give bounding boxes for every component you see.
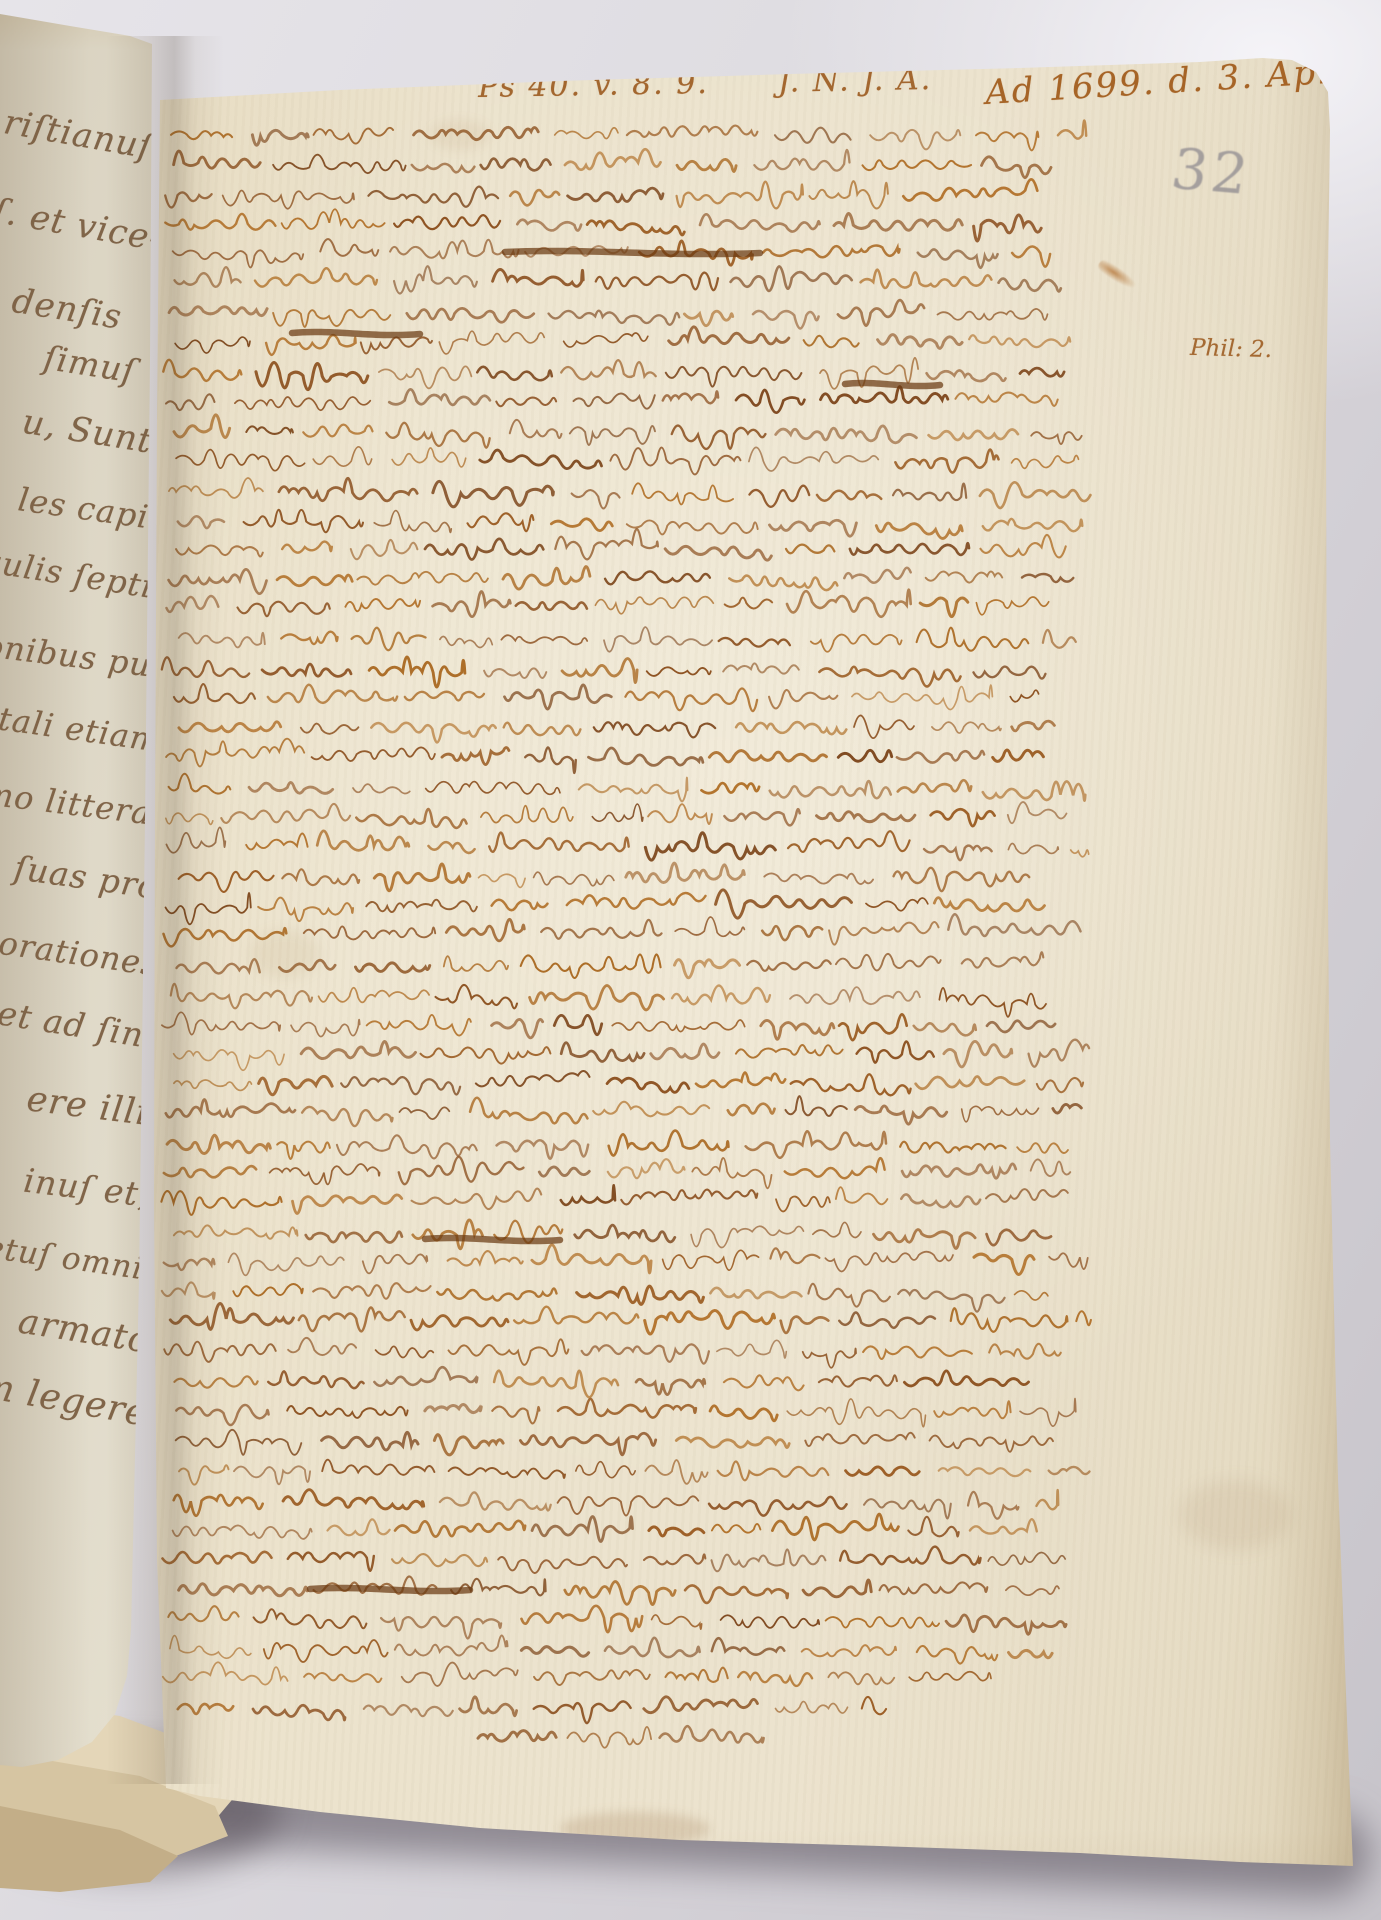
latin-line-fragment: gulis ſepti- <box>0 541 167 608</box>
latin-line-fragment: ſuas pro <box>11 848 160 907</box>
latin-line-fragment: u, Sunt <box>19 402 155 462</box>
manuscript-right-page: Ps 40. v. 8. 9. J. N. J. A. Ad 1699. d. … <box>0 0 1381 1920</box>
latin-line-fragment: les capi- <box>15 480 162 538</box>
photo-scene: Ps 40. v. 8. 9. J. N. J. A. Ad 1699. d. … <box>0 0 1381 1920</box>
latin-line-fragment: denſis <box>10 281 126 338</box>
header-inscription: Ps 40. v. 8. 9. J. N. J. A. <box>478 62 933 105</box>
paper-shading-overlay <box>0 0 1381 1920</box>
page-edge-stack-1 <box>0 0 300 1920</box>
foxing-spot <box>560 1812 710 1846</box>
folio-number-pencil: 32 <box>1167 137 1256 208</box>
book-cast-shadow <box>119 1758 1372 1899</box>
latin-line-fragment: r orationes <box>0 920 161 984</box>
handwriting-body <box>0 0 1381 1920</box>
latin-line-fragment: et ad ſin- <box>0 993 159 1057</box>
latin-line-fragment: riſtianuſ <box>1 102 156 167</box>
latin-line-fragment: m legere <box>0 1365 151 1435</box>
page-edge-stack-3 <box>0 0 300 1920</box>
latin-line-fragment: tali etiam <box>0 699 164 759</box>
latin-line-fragment: mo littera- <box>0 774 165 834</box>
latin-line-fragment: ſimuſ <box>42 338 139 391</box>
latin-line-fragment: inuſ et, <box>22 1161 153 1215</box>
latin-line-fragment: armato <box>16 1301 153 1361</box>
facing-page-edge: riſtianuſſ. et vice-denſisſimuſu, Suntle… <box>0 0 1381 1920</box>
facing-page-shading <box>0 0 1381 1920</box>
date-inscription: Ad 1699. d. 3. Apr. <box>984 51 1345 113</box>
left-page-curl-shadow <box>0 1746 280 1876</box>
ink-smudge-stain <box>1096 258 1138 292</box>
gutter-shadow <box>106 36 224 1784</box>
latin-line-fragment: onibus pu- <box>0 626 165 686</box>
foxing-spot <box>1180 1480 1290 1550</box>
latin-line-fragment: etuſ omnia <box>0 1229 166 1289</box>
foxing-spot <box>430 120 490 150</box>
latin-line-fragment: ere illi <box>24 1079 150 1134</box>
margin-note: Phil: 2. <box>1190 335 1273 363</box>
latin-line-fragment: ſ. et vice- <box>0 191 165 260</box>
foxing-spot <box>250 930 320 978</box>
page-edge-stack-2 <box>0 0 300 1920</box>
facing-page-lines: riſtianuſſ. et vice-denſisſimuſu, Suntle… <box>0 0 1381 1920</box>
